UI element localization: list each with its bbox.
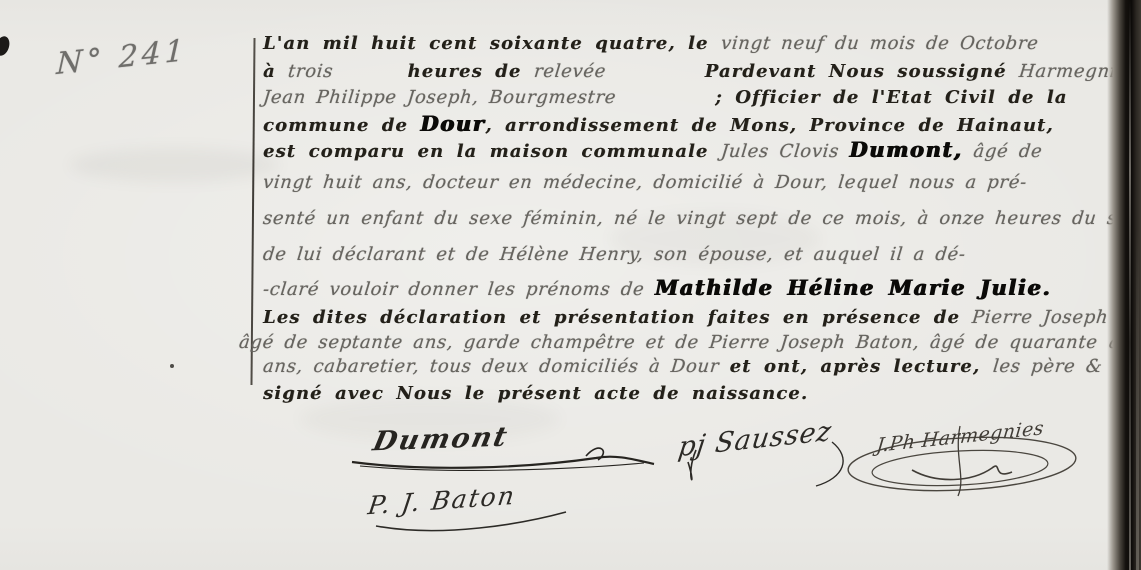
body-line: -claré vouloir donner les prénoms de Mat… — [263, 276, 1051, 302]
text-segment: Dour — [420, 111, 485, 136]
text-segment: Dumont, — [849, 137, 962, 162]
body-line: de lui déclarant et de Hélène Henry, son… — [263, 243, 966, 267]
text-segment: Les dites déclaration et présentation fa… — [263, 307, 972, 328]
text-segment: vingt huit ans, docteur en médecine, dom… — [262, 171, 1028, 195]
binding-highlight — [1136, 228, 1139, 570]
ink-blot — [0, 34, 12, 57]
signature-harmegnies: J.Ph Harmegnies — [842, 408, 1082, 508]
text-segment: ; Officier de l'Etat Civil de la — [616, 87, 1067, 108]
body-line: à trois heures de relevée Pardevant Nous… — [263, 60, 1137, 84]
register-page: N° 241 L'an mil huit cent soixante quatr… — [0, 0, 1141, 570]
binding-highlight — [1129, 0, 1131, 570]
body-line: vingt huit ans, docteur en médecine, dom… — [263, 171, 1027, 195]
text-segment: trois — [287, 60, 335, 84]
text-segment: Jean Philippe Joseph, Bourgmestre — [262, 86, 618, 110]
text-segment: Jules Clovis — [720, 140, 851, 164]
text-segment: Pardevant Nous soussigné — [606, 61, 1019, 82]
text-segment: vingt neuf du mois de Octobre — [720, 32, 1040, 56]
text-segment: ans, cabaretier, tous deux domiciliés à … — [262, 355, 731, 379]
body-line: L'an mil huit cent soixante quatre, le v… — [263, 32, 1038, 56]
signature-baton: P. J. Baton — [352, 482, 582, 540]
text-segment: L'an mil huit cent soixante quatre, le — [263, 33, 721, 54]
text-segment: relevée — [533, 60, 608, 84]
body-line: est comparu en la maison communale Jules… — [263, 138, 1042, 164]
text-segment: Mathilde Héline Marie Julie. — [655, 275, 1051, 300]
text-segment: de lui déclarant et de Hélène Henry, son… — [262, 243, 967, 267]
text-segment: est comparu en la maison communale — [263, 141, 721, 162]
text-segment: signé avec Nous le présent acte de naiss… — [263, 383, 808, 404]
text-segment: commune de — [263, 115, 420, 136]
ink-dot — [170, 364, 174, 368]
text-segment: et ont, après lecture, — [730, 356, 993, 377]
text-segment: -claré vouloir donner les prénoms de — [262, 278, 656, 302]
signature-dumont: Dumont — [348, 422, 658, 482]
body-line: Les dites déclaration et présentation fa… — [263, 306, 1141, 330]
text-segment: âgé de septante ans, garde champêtre et … — [238, 331, 1141, 355]
book-binding-edge — [1107, 0, 1141, 570]
act-body: L'an mil huit cent soixante quatre, le v… — [263, 0, 1115, 420]
body-line: âgé de septante ans, garde champêtre et … — [239, 331, 1141, 355]
act-number: N° 241 — [56, 33, 189, 82]
signature-saussez: pj Saussez — [666, 416, 856, 501]
body-line: ans, cabaretier, tous deux domiciliés à … — [263, 355, 1141, 379]
body-line: signé avec Nous le présent acte de naiss… — [263, 382, 808, 406]
text-segment: senté un enfant du sexe féminin, né le v… — [262, 207, 1141, 231]
text-segment: heures de — [333, 61, 533, 82]
signature-name: Dumont — [370, 422, 511, 458]
text-segment: âgé de — [961, 140, 1043, 164]
signature-flourish-icon — [842, 408, 1082, 508]
body-line: senté un enfant du sexe féminin, né le v… — [263, 207, 1141, 231]
body-line: commune de Dour, arrondissement de Mons,… — [263, 112, 1054, 138]
paper-stain — [70, 148, 280, 182]
body-line: Jean Philippe Joseph, Bourgmestre ; Offi… — [263, 86, 1068, 110]
text-segment: , arrondissement de Mons, Province de Ha… — [485, 115, 1053, 136]
text-segment: à — [263, 61, 288, 82]
